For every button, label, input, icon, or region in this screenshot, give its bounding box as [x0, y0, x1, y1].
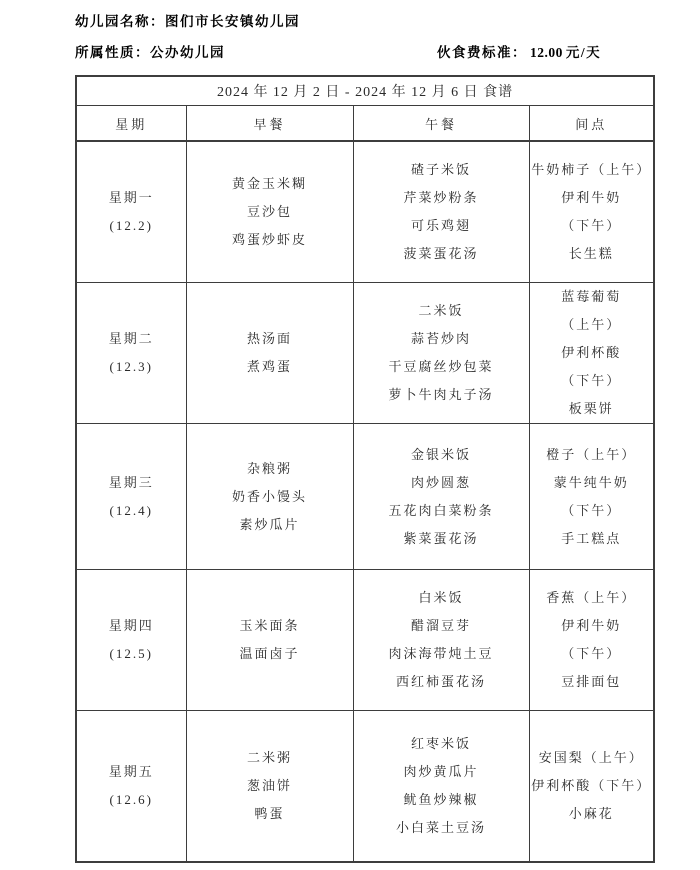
menu-line: 芹菜炒粉条 [354, 184, 529, 212]
menu-line: 鱿鱼炒辣椒 [354, 786, 529, 814]
menu-line: (12.5) [77, 640, 186, 668]
cell-snack: 蓝莓葡萄（上午）伊利杯酸（下午）板栗饼 [529, 283, 654, 424]
cell-snack: 安国梨（上午）伊利杯酸（下午）小麻花 [529, 711, 654, 863]
menu-line: （下午） [530, 640, 654, 668]
menu-line: 星期一 [77, 184, 186, 212]
cell-lunch: 红枣米饭肉炒黄瓜片鱿鱼炒辣椒小白菜土豆汤 [353, 711, 529, 863]
table-row-tuesday: 星期二(12.3) 热汤面煮鸡蛋 二米饭蒜苔炒肉干豆腐丝炒包菜萝卜牛肉丸子汤 蓝… [76, 283, 654, 424]
menu-line: 牛奶柿子（上午） [530, 156, 654, 184]
menu-line: 可乐鸡翅 [354, 212, 529, 240]
cell-snack: 橙子（上午）蒙牛纯牛奶（下午）手工糕点 [529, 424, 654, 570]
menu-line: (12.3) [77, 353, 186, 381]
cell-breakfast: 杂粮粥奶香小馒头素炒瓜片 [186, 424, 353, 570]
menu-line: 萝卜牛肉丸子汤 [354, 381, 529, 409]
table-row-wednesday: 星期三(12.4) 杂粮粥奶香小馒头素炒瓜片 金银米饭肉炒圆葱五花肉白菜粉条紫菜… [76, 424, 654, 570]
menu-line: 五花肉白菜粉条 [354, 497, 529, 525]
cell-breakfast: 玉米面条温面卤子 [186, 570, 353, 711]
school-name-label: 幼儿园名称： [75, 14, 165, 29]
menu-line: 小麻花 [530, 800, 654, 828]
menu-line: 安国梨（上午） [530, 744, 654, 772]
menu-line: 伊利牛奶 [530, 184, 654, 212]
menu-line: 奶香小馒头 [187, 483, 353, 511]
menu-line: 伊利杯酸 [530, 339, 654, 367]
cell-breakfast: 二米粥葱油饼鸭蛋 [186, 711, 353, 863]
cell-lunch: 白米饭醋溜豆芽肉沫海带炖土豆西红柿蛋花汤 [353, 570, 529, 711]
school-name-value: 图们市长安镇幼儿园 [165, 14, 300, 29]
cell-breakfast: 热汤面煮鸡蛋 [186, 283, 353, 424]
menu-line: 菠菜蛋花汤 [354, 240, 529, 268]
menu-line: (12.4) [77, 497, 186, 525]
menu-line: 红枣米饭 [354, 730, 529, 758]
menu-line: 醋溜豆芽 [354, 612, 529, 640]
cell-lunch: 碴子米饭芹菜炒粉条可乐鸡翅菠菜蛋花汤 [353, 141, 529, 283]
menu-line: (12.2) [77, 212, 186, 240]
menu-line: 素炒瓜片 [187, 511, 353, 539]
nature-value: 公办幼儿园 [150, 45, 225, 60]
document-page: { "meta": { "school": { "label": "幼儿园名称：… [0, 0, 700, 870]
cell-day: 星期五(12.6) [76, 711, 186, 863]
menu-line: 豆沙包 [187, 198, 353, 226]
table-header-row: 星期 早餐 午餐 间点 [76, 106, 654, 142]
menu-line: 星期四 [77, 612, 186, 640]
table-title-row: 2024 年 12 月 2 日 - 2024 年 12 月 6 日 食谱 [76, 76, 654, 106]
menu-line: 星期二 [77, 325, 186, 353]
menu-line: 白米饭 [354, 584, 529, 612]
cell-day: 星期一(12.2) [76, 141, 186, 283]
menu-line: 豆排面包 [530, 668, 654, 696]
table-row-friday: 星期五(12.6) 二米粥葱油饼鸭蛋 红枣米饭肉炒黄瓜片鱿鱼炒辣椒小白菜土豆汤 … [76, 711, 654, 863]
menu-line: 杂粮粥 [187, 455, 353, 483]
menu-line: 蒜苔炒肉 [354, 325, 529, 353]
cell-day: 星期四(12.5) [76, 570, 186, 711]
table-row-monday: 星期一(12.2) 黄金玉米糊豆沙包鸡蛋炒虾皮 碴子米饭芹菜炒粉条可乐鸡翅菠菜蛋… [76, 141, 654, 283]
fee-block: 伙食费标准：12.00元/天 [437, 41, 601, 61]
menu-line: 长生糕 [530, 240, 654, 268]
header-weekday: 星期 [76, 106, 186, 142]
menu-line: 葱油饼 [187, 772, 353, 800]
menu-line: （下午） [530, 212, 654, 240]
menu-line: 橙子（上午） [530, 441, 654, 469]
menu-line: 伊利杯酸（下午） [530, 772, 654, 800]
table-row-thursday: 星期四(12.5) 玉米面条温面卤子 白米饭醋溜豆芽肉沫海带炖土豆西红柿蛋花汤 … [76, 570, 654, 711]
fee-value: 12.00 [527, 45, 566, 60]
menu-line: 香蕉（上午） [530, 584, 654, 612]
fee-label: 伙食费标准： [437, 45, 527, 60]
cell-day: 星期二(12.3) [76, 283, 186, 424]
menu-line: 小白菜土豆汤 [354, 814, 529, 842]
fee-unit: 元/天 [566, 45, 601, 60]
menu-line: （上午） [530, 311, 654, 339]
menu-line: 星期五 [77, 758, 186, 786]
table-title: 2024 年 12 月 2 日 - 2024 年 12 月 6 日 食谱 [76, 76, 654, 106]
cell-snack: 牛奶柿子（上午）伊利牛奶（下午）长生糕 [529, 141, 654, 283]
menu-line: 温面卤子 [187, 640, 353, 668]
menu-line: 手工糕点 [530, 525, 654, 553]
menu-line: 二米粥 [187, 744, 353, 772]
header-breakfast: 早餐 [186, 106, 353, 142]
menu-line: 碴子米饭 [354, 156, 529, 184]
header-lunch: 午餐 [353, 106, 529, 142]
menu-line: 肉沫海带炖土豆 [354, 640, 529, 668]
menu-line: 蓝莓葡萄 [530, 283, 654, 311]
cell-lunch: 二米饭蒜苔炒肉干豆腐丝炒包菜萝卜牛肉丸子汤 [353, 283, 529, 424]
menu-line: 板栗饼 [530, 395, 654, 423]
cell-lunch: 金银米饭肉炒圆葱五花肉白菜粉条紫菜蛋花汤 [353, 424, 529, 570]
menu-line: 肉炒圆葱 [354, 469, 529, 497]
menu-line: 鸭蛋 [187, 800, 353, 828]
nature-label: 所属性质： [75, 45, 150, 60]
menu-line: 二米饭 [354, 297, 529, 325]
cell-day: 星期三(12.4) [76, 424, 186, 570]
menu-line: 西红柿蛋花汤 [354, 668, 529, 696]
menu-line: 伊利牛奶 [530, 612, 654, 640]
menu-line: 黄金玉米糊 [187, 170, 353, 198]
menu-line: 煮鸡蛋 [187, 353, 353, 381]
cell-snack: 香蕉（上午）伊利牛奶（下午）豆排面包 [529, 570, 654, 711]
cell-breakfast: 黄金玉米糊豆沙包鸡蛋炒虾皮 [186, 141, 353, 283]
menu-line: （下午） [530, 367, 654, 395]
menu-line: 鸡蛋炒虾皮 [187, 226, 353, 254]
menu-table: 2024 年 12 月 2 日 - 2024 年 12 月 6 日 食谱 星期 … [75, 75, 655, 863]
menu-line: 金银米饭 [354, 441, 529, 469]
menu-line: 蒙牛纯牛奶 [530, 469, 654, 497]
page-content: 幼儿园名称：图们市长安镇幼儿园 所属性质：公办幼儿园 伙食费标准：12.00元/… [75, 10, 655, 863]
menu-line: （下午） [530, 497, 654, 525]
menu-line: 热汤面 [187, 325, 353, 353]
header-snack: 间点 [529, 106, 654, 142]
menu-line: 肉炒黄瓜片 [354, 758, 529, 786]
nature-fee-line: 所属性质：公办幼儿园 伙食费标准：12.00元/天 [75, 41, 655, 61]
school-name-line: 幼儿园名称：图们市长安镇幼儿园 [75, 10, 655, 30]
menu-line: 星期三 [77, 469, 186, 497]
menu-line: 紫菜蛋花汤 [354, 525, 529, 553]
menu-line: 干豆腐丝炒包菜 [354, 353, 529, 381]
menu-line: (12.6) [77, 786, 186, 814]
menu-line: 玉米面条 [187, 612, 353, 640]
